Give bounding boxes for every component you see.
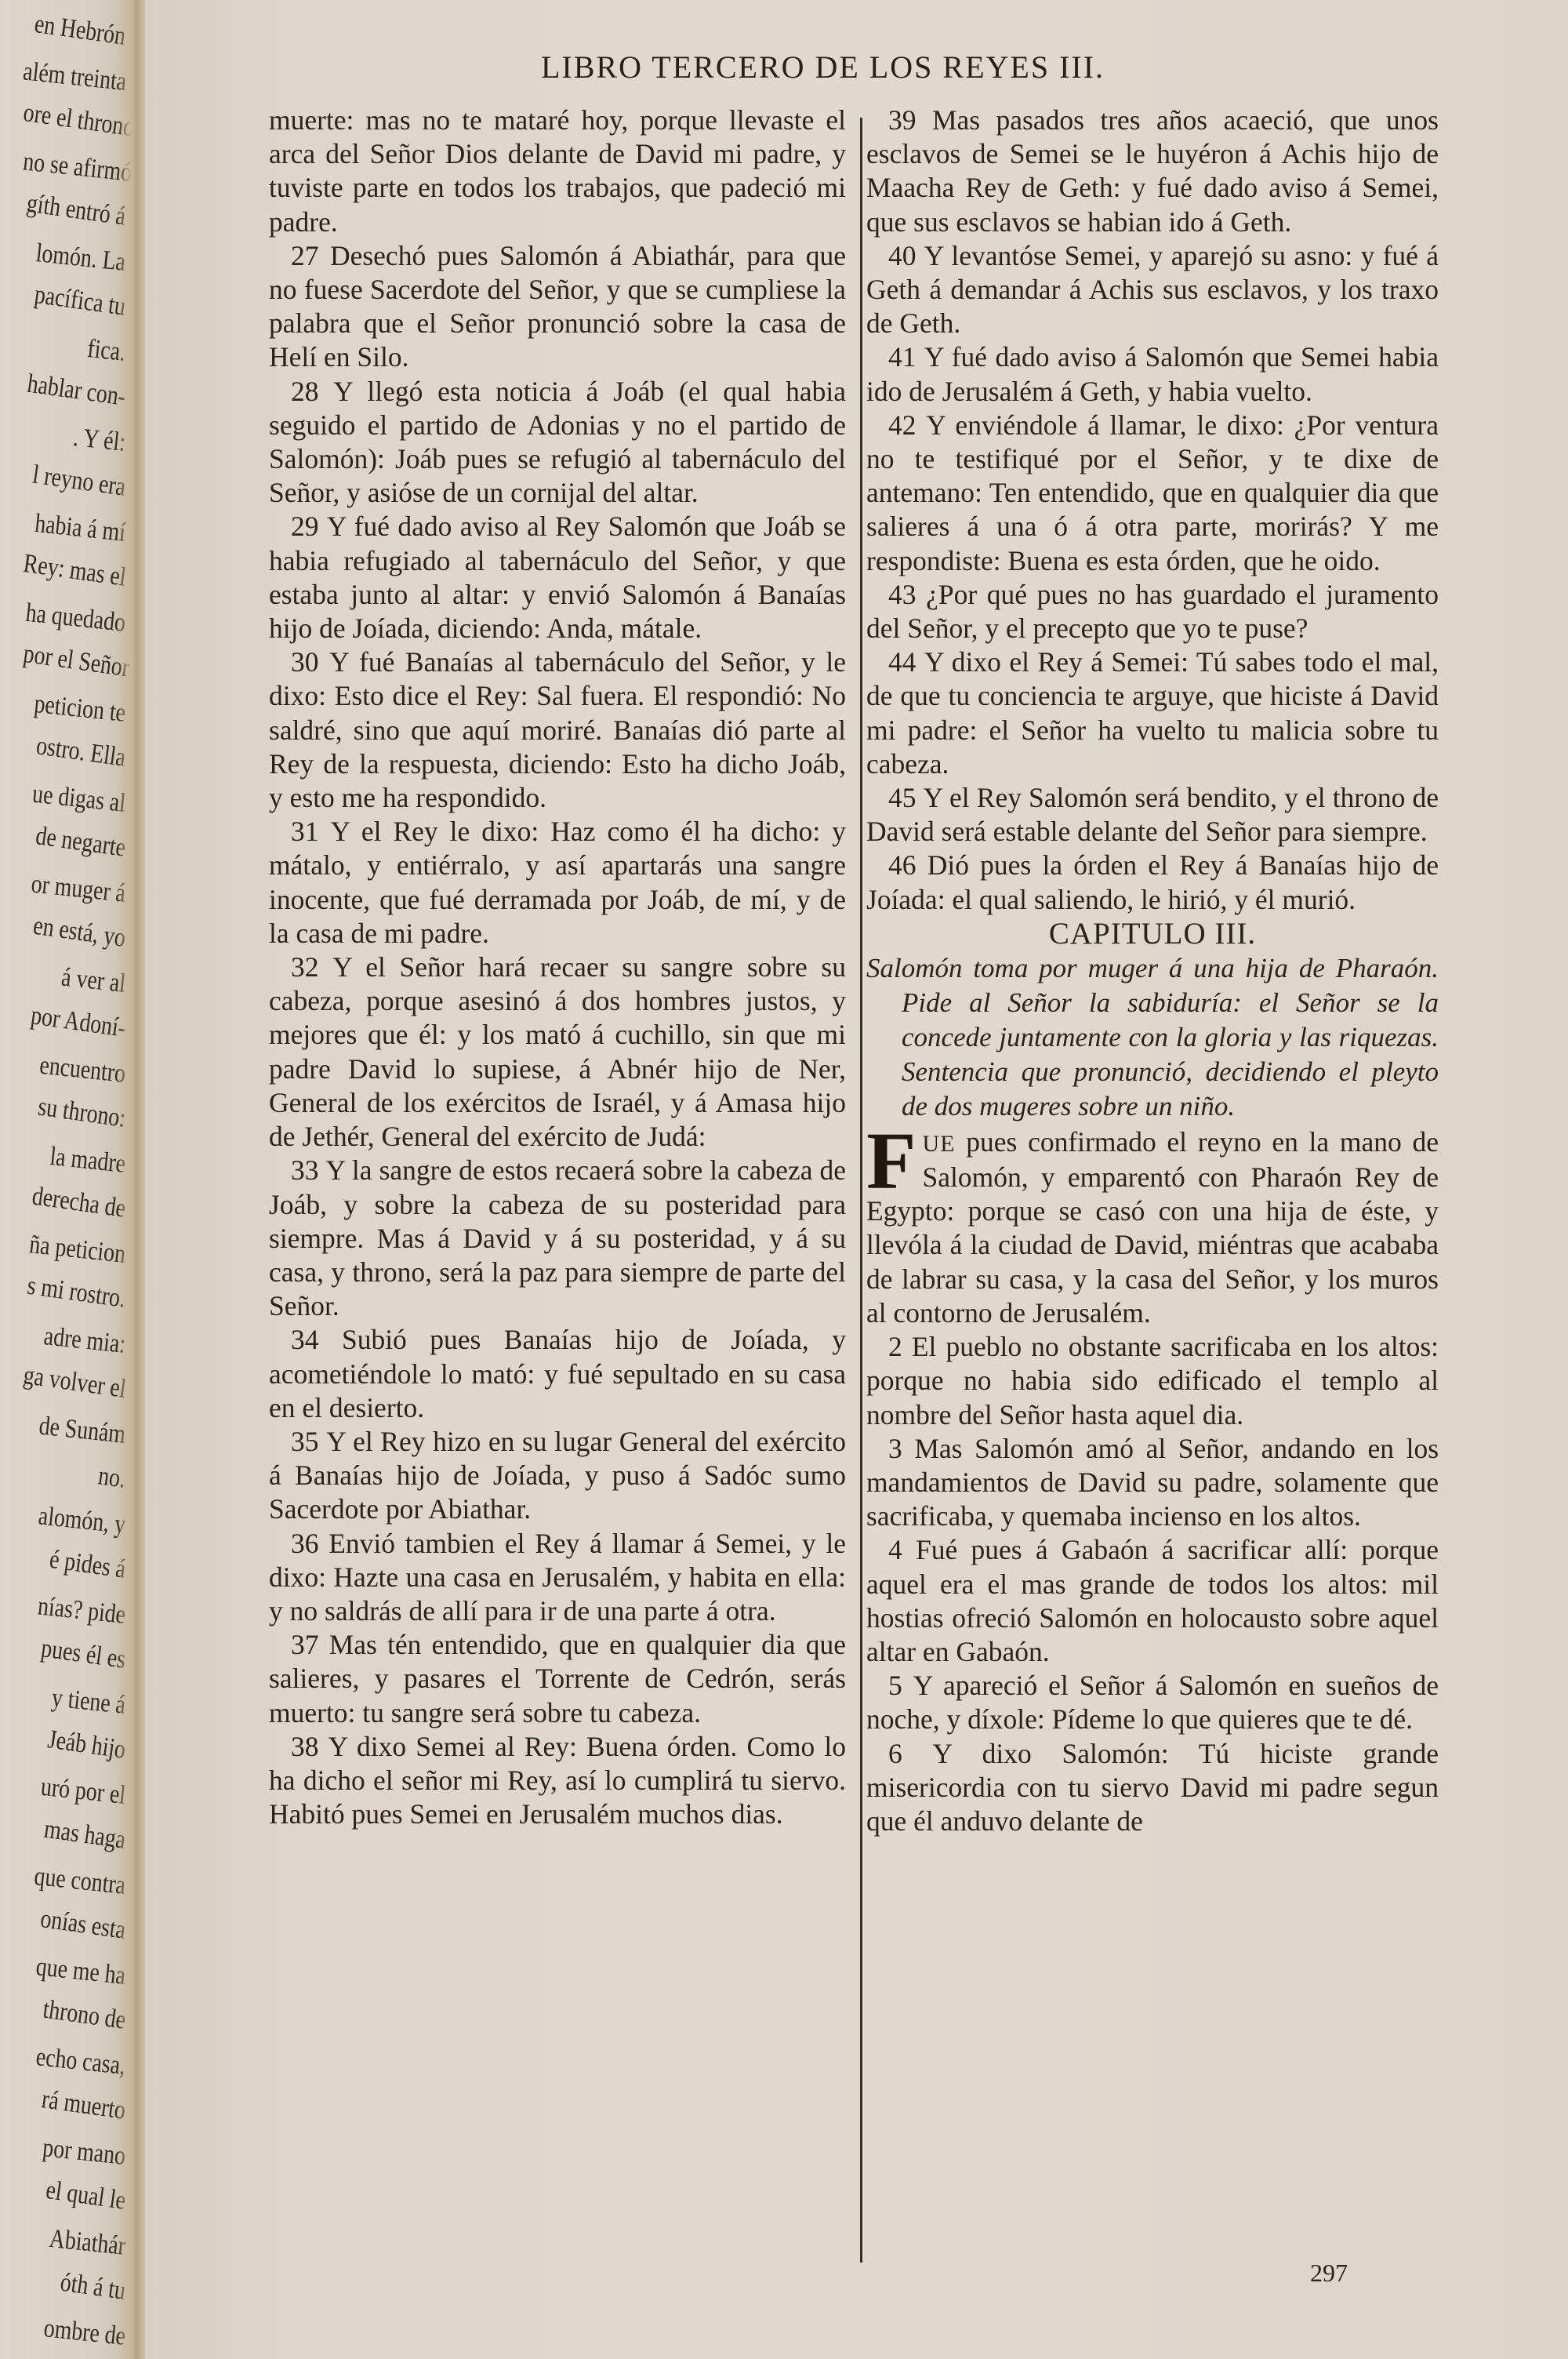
- chapter-summary: Salomón toma por muger á una hija de Pha…: [866, 951, 1439, 1124]
- left-page-fragment: de Sunám: [22, 1409, 127, 1450]
- left-page-fragment: ore el throno: [21, 98, 127, 142]
- verse-number: 45: [888, 782, 916, 813]
- verse-text: Dió pues la órden el Rey á Banaías hijo …: [866, 849, 1439, 914]
- verse-32: 32 Y el Señor hará recaer su sangre sobr…: [269, 951, 846, 1154]
- verse-text: Y dixo Semei al Rey: Buena órden. Como l…: [269, 1731, 846, 1830]
- drop-cap: F: [866, 1130, 916, 1193]
- verse-text: Y la sangre de estos recaerá sobre la ca…: [269, 1154, 846, 1321]
- book-page: LIBRO TERCERO DE LOS REYES III. muerte: …: [145, 0, 1568, 2359]
- verse-text: Y dixo el Rey á Semei: Tú sabes todo el …: [866, 646, 1439, 780]
- left-page-fragment: Abiathár: [22, 2221, 127, 2262]
- column-divider-rule: [860, 118, 862, 2263]
- verse-text: Y enviéndole á llamar, le dixo: ¿Por ven…: [866, 409, 1439, 576]
- verse-3: 3 Mas Salomón amó al Señor, andando en l…: [866, 1432, 1439, 1534]
- left-page-fragment: or muger á: [22, 868, 127, 909]
- verse-number: 30: [291, 646, 319, 678]
- verse-text: Y dixo Salomón: Tú hiciste grande miseri…: [866, 1738, 1439, 1837]
- verse-44: 44 Y dixo el Rey á Semei: Tú sabes todo …: [866, 645, 1439, 781]
- verse-40: 40 Y levantóse Semei, y aparejó su asno:…: [866, 239, 1439, 341]
- verse-46: 46 Dió pues la órden el Rey á Banaías hi…: [866, 849, 1439, 916]
- verse-number: 43: [888, 579, 916, 610]
- verse-text: Y fué dado aviso á Salomón que Semei hab…: [866, 341, 1439, 406]
- verse-number: 4: [888, 1534, 902, 1565]
- left-page-fragment: su throno:: [21, 1090, 127, 1134]
- verse-text: Y el Rey Salomón será bendito, y el thro…: [866, 782, 1439, 847]
- left-page-fragment: mas haga: [21, 1812, 127, 1856]
- verse-31: 31 Y el Rey le dixo: Haz como él ha dich…: [269, 815, 846, 951]
- left-page-fragment: ostro. Ella: [21, 729, 127, 773]
- left-page-fragment: Jeáb hijo: [21, 1721, 127, 1765]
- verse-text: Desechó pues Salomón á Abiathár, para qu…: [269, 240, 846, 373]
- left-page-fragment: fica.: [22, 327, 127, 368]
- chapter-title: CAPITULO III.: [866, 917, 1439, 951]
- left-page-fragment: por Adoní-: [21, 1000, 127, 1044]
- left-page-fragment: throno de: [21, 1992, 127, 2036]
- left-page-fragment: além treinta: [22, 56, 127, 97]
- verse-number: 33: [291, 1154, 319, 1186]
- verse-34: 34 Subió pues Banaías hijo de Joíada, y …: [269, 1323, 846, 1425]
- left-page-fragment: adre mia:: [22, 1319, 127, 1360]
- verse-text: Mas Salomón amó al Señor, andando en los…: [866, 1433, 1439, 1532]
- verse-number: 42: [888, 409, 916, 441]
- right-column: 39 Mas pasados tres años acaeció, que un…: [866, 104, 1439, 1838]
- verse-42: 42 Y enviéndole á llamar, le dixo: ¿Por …: [866, 409, 1439, 578]
- left-page-fragment: l reyno era: [21, 459, 127, 503]
- left-page-fragment: la madre: [22, 1139, 127, 1179]
- verse-text: Mas tén entendido, que en qualquier dia …: [269, 1629, 846, 1728]
- verse-text: Y fué Banaías al tabernáculo del Señor, …: [269, 646, 846, 813]
- verse-5: 5 Y apareció el Señor á Salomón en sueño…: [866, 1669, 1439, 1736]
- left-page-fragment: en Hebrón: [21, 8, 127, 52]
- verse-number: 32: [291, 951, 319, 983]
- verse-4: 4 Fué pues á Gabaón á sacrificar allí: p…: [866, 1533, 1439, 1669]
- left-page-fragment: no.: [21, 1451, 127, 1495]
- verse-number: 31: [291, 816, 319, 847]
- left-page-fragment: s mi rostro.: [21, 1270, 127, 1314]
- left-page-fragment: en está, yo: [21, 910, 127, 954]
- verse-text: ¿Por qué pues no has guardado el juramen…: [866, 579, 1439, 644]
- left-page-fragment: ga volver el: [21, 1361, 127, 1405]
- verse-41: 41 Y fué dado aviso á Salomón que Semei …: [866, 340, 1439, 408]
- verse-text: muerte: mas no te mataré hoy, porque lle…: [269, 104, 846, 238]
- verse-number: 29: [291, 511, 319, 542]
- verse-number: 46: [888, 849, 916, 881]
- verse-number: 40: [888, 240, 916, 271]
- left-page-fragment: óth á tu: [21, 2263, 127, 2306]
- left-page-fragment: y tiene á: [22, 1680, 127, 1721]
- verse-number: 34: [291, 1324, 319, 1355]
- first-word-rest: UE: [923, 1131, 956, 1157]
- left-page-fragment: que contra: [22, 1860, 127, 1901]
- left-page-fragment: ombre de: [22, 2311, 127, 2352]
- left-page-fragment: ue digas al: [22, 778, 127, 819]
- verse-number: 2: [888, 1331, 902, 1362]
- verse-text: Y el Rey hizo en su lugar General del ex…: [269, 1426, 846, 1525]
- verse-continuation: muerte: mas no te mataré hoy, porque lle…: [269, 104, 846, 239]
- left-page-fragment: ha quedado: [22, 598, 127, 638]
- left-column: muerte: mas no te mataré hoy, porque lle…: [269, 104, 846, 1831]
- verse-43: 43 ¿Por qué pues no has guardado el jura…: [866, 578, 1439, 645]
- chapter-first-verse: FUE pues confirmado el reyno en la mano …: [866, 1125, 1439, 1330]
- verse-6: 6 Y dixo Salomón: Tú hiciste grande mise…: [866, 1737, 1439, 1839]
- verse-number: 28: [291, 376, 319, 407]
- verse-text: Y llegó esta noticia á Joáb (el qual hab…: [269, 376, 846, 509]
- left-page-fragment: . Y él:: [22, 417, 127, 458]
- left-page-fragment: derecha de: [21, 1180, 127, 1224]
- verse-number: 5: [888, 1670, 902, 1701]
- verse-number: 3: [888, 1433, 902, 1464]
- verse-number: 38: [291, 1731, 319, 1762]
- verse-33: 33 Y la sangre de estos recaerá sobre la…: [269, 1154, 846, 1323]
- verse-text: Y el Rey le dixo: Haz como él ha dicho: …: [269, 816, 846, 949]
- left-page-fragment: Rey: mas el: [21, 549, 127, 593]
- left-page-fragment: hablar con-: [21, 369, 127, 413]
- left-page-fragment: habia á mí: [22, 507, 127, 548]
- left-facing-page: en Hebrónalém treintaore el thronono se …: [0, 0, 137, 2359]
- verse-38: 38 Y dixo Semei al Rey: Buena órden. Com…: [269, 1730, 846, 1832]
- verse-35: 35 Y el Rey hizo en su lugar General del…: [269, 1425, 846, 1527]
- left-page-fragment: que me ha: [22, 1950, 127, 1991]
- verse-text: Subió pues Banaías hijo de Joíada, y aco…: [269, 1324, 846, 1423]
- left-page-fragment: alomón, y: [22, 1499, 127, 1540]
- left-page-fragment: uró por el: [22, 1770, 127, 1811]
- verse-30: 30 Y fué Banaías al tabernáculo del Seño…: [269, 645, 846, 815]
- book-gutter: [118, 0, 149, 2359]
- left-page-fragment: á ver al: [22, 958, 127, 999]
- verse-number: 44: [888, 646, 916, 678]
- left-page-fragment: pues él es: [21, 1631, 127, 1675]
- verse-36: 36 Envió tambien el Rey á llamar á Semei…: [269, 1527, 846, 1629]
- verse-text: Y el Señor hará recaer su sangre sobre s…: [269, 951, 846, 1152]
- verse-number: 35: [291, 1426, 319, 1457]
- left-page-fragment: no se afirmó: [22, 147, 127, 187]
- left-page-fragment: por mano: [22, 2131, 127, 2172]
- verse-27: 27 Desechó pues Salomón á Abiathár, para…: [269, 239, 846, 375]
- left-page-fragment: echo casa,: [22, 2041, 127, 2081]
- page-number: 297: [1310, 2259, 1348, 2288]
- left-page-fragment: lomón. La: [22, 237, 127, 278]
- verse-text: Fué pues á Gabaón á sacrificar allí: por…: [866, 1534, 1439, 1667]
- verse-number: 6: [888, 1738, 902, 1769]
- left-page-fragment: el qual le: [21, 2172, 127, 2216]
- left-page-fragment: rá muerto: [21, 2082, 127, 2126]
- left-page-fragment: onías esta: [21, 1902, 127, 1946]
- verse-39: 39 Mas pasados tres años acaeció, que un…: [866, 104, 1439, 239]
- verse-text: Envió tambien el Rey á llamar á Semei, y…: [269, 1528, 846, 1627]
- left-page-fragment: por el Señor: [21, 639, 127, 683]
- verse-text: Y levantóse Semei, y aparejó su asno: y …: [866, 240, 1439, 339]
- left-page-fragment: nías? pide: [22, 1590, 127, 1630]
- running-head: LIBRO TERCERO DE LOS REYES III.: [541, 49, 1105, 85]
- verse-text: Y apareció el Señor á Salomón en sueños …: [866, 1670, 1439, 1735]
- verse-text: Mas pasados tres años acaeció, que unos …: [866, 104, 1439, 238]
- verse-text: El pueblo no obstante sacrificaba en los…: [866, 1331, 1439, 1430]
- left-page-fragment: encuentro: [22, 1049, 127, 1089]
- verse-2: 2 El pueblo no obstante sacrificaba en l…: [866, 1330, 1439, 1432]
- verse-number: 36: [291, 1528, 319, 1559]
- left-page-fragment: peticion te: [22, 688, 127, 729]
- verse-number: 37: [291, 1629, 319, 1660]
- left-page-fragment: gíth entró á: [21, 188, 127, 232]
- verse-37: 37 Mas tén entendido, que en qualquier d…: [269, 1628, 846, 1730]
- verse-number: 27: [291, 240, 319, 271]
- verse-45: 45 Y el Rey Salomón será bendito, y el t…: [866, 781, 1439, 849]
- left-page-fragment: é pides á: [21, 1541, 127, 1585]
- verse-29: 29 Y fué dado aviso al Rey Salomón que J…: [269, 510, 846, 645]
- left-page-fragment: ña peticion: [22, 1229, 127, 1270]
- verse-text: Y fué dado aviso al Rey Salomón que Joáb…: [269, 511, 846, 644]
- verse-28: 28 Y llegó esta noticia á Joáb (el qual …: [269, 375, 846, 511]
- verse-number: 41: [888, 341, 916, 373]
- verse-number: 39: [888, 104, 916, 136]
- left-page-fragment: de negarte: [21, 820, 127, 863]
- left-page-fragment: pacífica tu: [21, 278, 127, 322]
